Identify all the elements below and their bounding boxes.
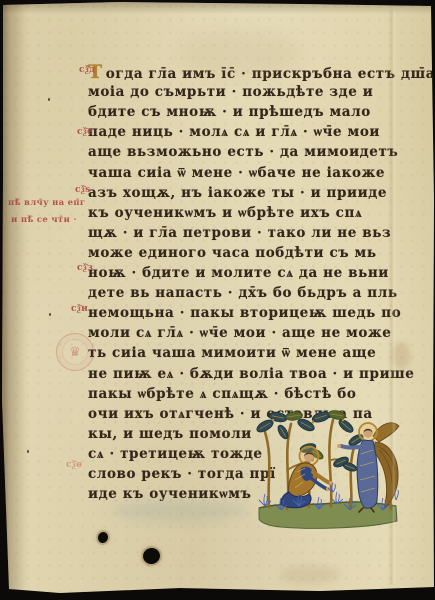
crown-icon: ♛ bbox=[69, 346, 81, 359]
text-line: слово рекъ · тогда прї bbox=[88, 465, 276, 485]
margin-section-number: сѯ̄з bbox=[77, 262, 93, 273]
parchment-page: Тогда гл̄а имъ і̄с̄ · прискръбна естъ дш… bbox=[0, 0, 435, 600]
text-line: бдите съ мноѭ · и прѣшедъ мало bbox=[88, 103, 371, 123]
text-line: пакы ѡбрѣте ѧ спѧщѫ · бѣстѣ бо bbox=[88, 385, 356, 405]
text-line: чаша сиіа ѿ мене · ѡбаче не іакоже bbox=[88, 164, 385, 184]
parchment-hole bbox=[97, 531, 110, 544]
text-line: паде ниць · молѧ сѧ и гл̄ѧ · ѡч̄е мои bbox=[88, 123, 380, 143]
show-through-smudge bbox=[112, 500, 247, 522]
text-line: дете вь напасть · дх̄ъ бо бьдръ а пль bbox=[88, 284, 398, 304]
margin-section-number: сѯ̄и bbox=[71, 303, 88, 314]
lection-note-line: и пѣ̄ се чт̄и · bbox=[11, 215, 77, 225]
parchment-crease bbox=[388, 10, 396, 585]
margin-section-number: сѯ̄д bbox=[79, 64, 96, 75]
text-line: може единого часа побдѣти съ мь bbox=[88, 244, 377, 264]
manuscript-photo: Тогда гл̄а имъ і̄с̄ · прискръбна естъ дш… bbox=[0, 0, 435, 600]
text-line: щѫ · и гл̄а петрови · тако ли не вьз bbox=[88, 224, 391, 244]
parchment-hole bbox=[142, 547, 162, 566]
text-line: немощьна · пакы вторицеѭ шедь по bbox=[88, 304, 401, 324]
text-line: Тогда гл̄а имъ і̄с̄ · прискръбна естъ дш… bbox=[88, 63, 435, 83]
ink-speck bbox=[27, 450, 29, 453]
text-line: аще вьзможьно есть · да мимоидетъ bbox=[88, 143, 398, 163]
library-stamp: ♛ bbox=[56, 333, 94, 371]
text-line: азъ хощѫ, нъ іакоже ты · и прииде bbox=[88, 184, 387, 204]
margin-section-number: сѯ̄ѕ bbox=[75, 184, 91, 195]
stain bbox=[280, 566, 340, 584]
edge-shadow bbox=[0, 0, 435, 14]
margin-section-number: сѯ̄ѳ bbox=[66, 459, 82, 470]
text-line: ть сиіа чаша мимоити ѿ мене аще bbox=[88, 344, 376, 364]
text-line: моіа до съмрьти · пожьдѣте зде и bbox=[88, 83, 373, 103]
ink-speck bbox=[48, 98, 50, 101]
text-line: ноѭ · бдите и молите сѧ да не вьни bbox=[88, 264, 389, 284]
margin-section-number: сѯ̄е bbox=[77, 126, 93, 137]
text-line: сѧ · третицеѭ тожде bbox=[88, 445, 263, 465]
gutter-shadow bbox=[0, 0, 26, 600]
text-line: моли сѧ гл̄ѧ · ѡч̄е мои · аще не може bbox=[88, 324, 391, 344]
ink-speck bbox=[49, 313, 51, 316]
gethsemane-miniature bbox=[253, 410, 401, 538]
lection-note-line: пѣ̄ влч̄у на еп̄г bbox=[8, 198, 85, 208]
text-line: къ оученикѡмъ и ѡбрѣте ихъ спѧ bbox=[88, 204, 362, 224]
text-line: не пиѭ еѧ · бѫди воліа твоа · и прише bbox=[88, 365, 414, 385]
text-line: кы, и шедъ помоли bbox=[88, 425, 252, 445]
